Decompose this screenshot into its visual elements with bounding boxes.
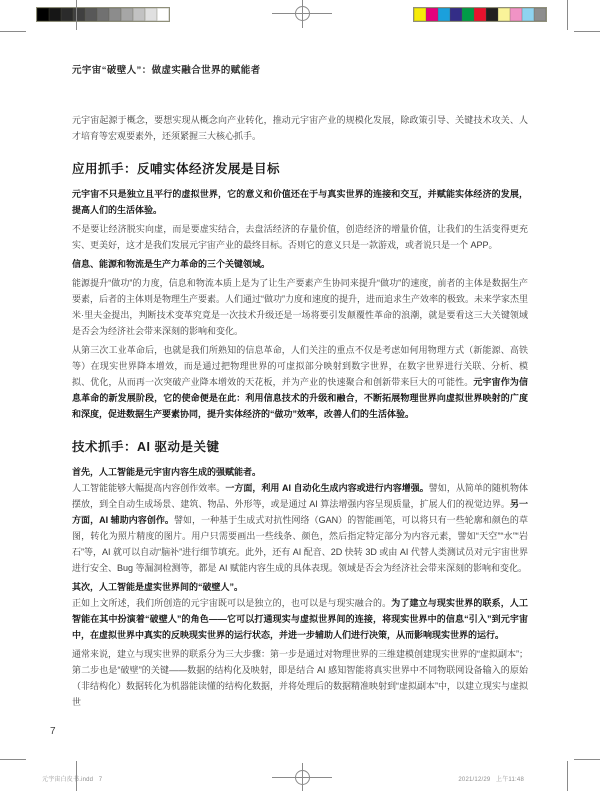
calibration-swatch bbox=[438, 8, 450, 21]
crop-mark-top-right-vertical bbox=[567, 0, 568, 30]
paragraph: 首先，人工智能是元宇宙内容生成的强赋能者。 bbox=[72, 464, 528, 480]
text-run: 从第三次工业革命后，也就是我们所熟知的信息革命，人们关注的重点不仅是考虑如何用物… bbox=[72, 345, 528, 387]
calibration-swatch bbox=[498, 8, 510, 21]
calibration-swatch bbox=[522, 8, 534, 21]
page-body: 元宇宙“破壁人”：做虚实融合世界的赋能者 元宇宙起源于概念，要想实现从概念向产业… bbox=[72, 62, 528, 713]
paragraph: 其次，人工智能是虚实世界间的“破壁人”。 bbox=[72, 579, 528, 595]
calibration-swatch bbox=[73, 8, 85, 21]
calibration-swatch bbox=[414, 8, 426, 21]
paragraph: 正如上文所述，我们所创造的元宇宙既可以是独立的，也可以是与现实融合的。为了建立与… bbox=[72, 595, 528, 643]
text-run: 首先，人工智能是元宇宙内容生成的强赋能者。 bbox=[72, 467, 261, 477]
slug-filename: 元宇宙白皮书.indd 7 bbox=[42, 774, 102, 783]
calibration-swatch bbox=[426, 8, 438, 21]
section-heading: 技术抓手：AI 驱动是关键 bbox=[72, 437, 528, 455]
text-run: 正如上文所述，我们所创造的元宇宙既可以是独立的，也可以是与现实融合的。 bbox=[72, 598, 391, 608]
crop-mark-top-left-vertical bbox=[76, 0, 77, 30]
calibration-swatch bbox=[61, 8, 73, 21]
slug-timestamp: 2021/12/29 上午11:48 bbox=[458, 774, 524, 783]
calibration-swatch bbox=[450, 8, 462, 21]
paragraph: 元宇宙起源于概念，要想实现从概念向产业转化，推动元宇宙产业的规模化发展，除政策引… bbox=[72, 112, 528, 144]
calibration-swatch bbox=[486, 8, 498, 21]
calibration-swatch bbox=[157, 8, 169, 21]
registration-mark-icon bbox=[272, 763, 332, 791]
calibration-swatch bbox=[145, 8, 157, 21]
page-number: 7 bbox=[50, 726, 56, 737]
text-run: 能源提升“做功”的力度，信息和物流本质上是为了让生产要素产生协同来提升“做功”的… bbox=[72, 278, 528, 336]
grayscale-calibration-bar bbox=[36, 7, 170, 22]
section-heading: 应用抓手：反哺实体经济发展是目标 bbox=[72, 159, 528, 177]
text-run: 元宇宙不只是独立且平行的虚拟世界，它的意义和价值还在于与真实世界的连接和交互，并… bbox=[72, 189, 528, 215]
crop-mark-bottom-left-horizontal bbox=[0, 759, 26, 760]
text-run: 一方面，利用 AI 自动化生成内容或进行内容增强。 bbox=[225, 483, 428, 493]
calibration-swatch bbox=[510, 8, 522, 21]
text-run: 其次，人工智能是虚实世界间的“破壁人”。 bbox=[72, 582, 243, 592]
calibration-swatch bbox=[49, 8, 61, 21]
paragraph: 能源提升“做功”的力度，信息和物流本质上是为了让生产要素产生协同来提升“做功”的… bbox=[72, 275, 528, 339]
calibration-swatch bbox=[462, 8, 474, 21]
registration-mark-icon bbox=[272, 0, 332, 28]
text-run: 通常来说，建立与现实世界的联系分为三大步骤：第一步是通过对物理世界的三维建模创建… bbox=[72, 649, 528, 707]
crop-mark-top-left-horizontal bbox=[0, 31, 26, 32]
calibration-swatch bbox=[534, 8, 546, 21]
calibration-swatch bbox=[97, 8, 109, 21]
calibration-swatch bbox=[85, 8, 97, 21]
paragraph: 人工智能能够大幅提高内容创作效率。一方面，利用 AI 自动化生成内容或进行内容增… bbox=[72, 480, 528, 576]
calibration-swatch bbox=[37, 8, 49, 21]
calibration-swatch bbox=[133, 8, 145, 21]
text-run: 不是要让经济脱实向虚，而是要虚实结合，去盘活经济的存量价值，创造经济的增量价值，… bbox=[72, 224, 528, 250]
calibration-swatch bbox=[109, 8, 121, 21]
calibration-swatch bbox=[474, 8, 486, 21]
paragraph: 从第三次工业革命后，也就是我们所熟知的信息革命，人们关注的重点不仅是考虑如何用物… bbox=[72, 342, 528, 422]
paragraph: 信息、能源和物流是生产力革命的三个关键领域。 bbox=[72, 256, 528, 272]
text-run: 元宇宙起源于概念，要想实现从概念向产业转化，推动元宇宙产业的规模化发展，除政策引… bbox=[72, 115, 528, 141]
text-run: 人工智能能够大幅提高内容创作效率。 bbox=[72, 483, 225, 493]
paragraph: 通常来说，建立与现实世界的联系分为三大步骤：第一步是通过对物理世界的三维建模创建… bbox=[72, 646, 528, 710]
text-run: 信息、能源和物流是生产力革命的三个关键领域。 bbox=[72, 259, 270, 269]
crop-mark-bottom-right-horizontal bbox=[574, 759, 600, 760]
article: 元宇宙起源于概念，要想实现从概念向产业转化，推动元宇宙产业的规模化发展，除政策引… bbox=[72, 112, 528, 710]
color-calibration-bar bbox=[413, 7, 547, 22]
paragraph: 元宇宙不只是独立且平行的虚拟世界，它的意义和价值还在于与真实世界的连接和交互，并… bbox=[72, 186, 528, 218]
running-head: 元宇宙“破壁人”：做虚实融合世界的赋能者 bbox=[72, 62, 528, 76]
calibration-swatch bbox=[121, 8, 133, 21]
paragraph: 不是要让经济脱实向虚，而是要虚实结合，去盘活经济的存量价值，创造经济的增量价值，… bbox=[72, 221, 528, 253]
print-proof-page: { "page": { "running_head": "元宇宙“破壁人”：做虚… bbox=[0, 0, 600, 791]
crop-mark-bottom-right-vertical bbox=[567, 761, 568, 791]
crop-mark-top-right-horizontal bbox=[574, 31, 600, 32]
